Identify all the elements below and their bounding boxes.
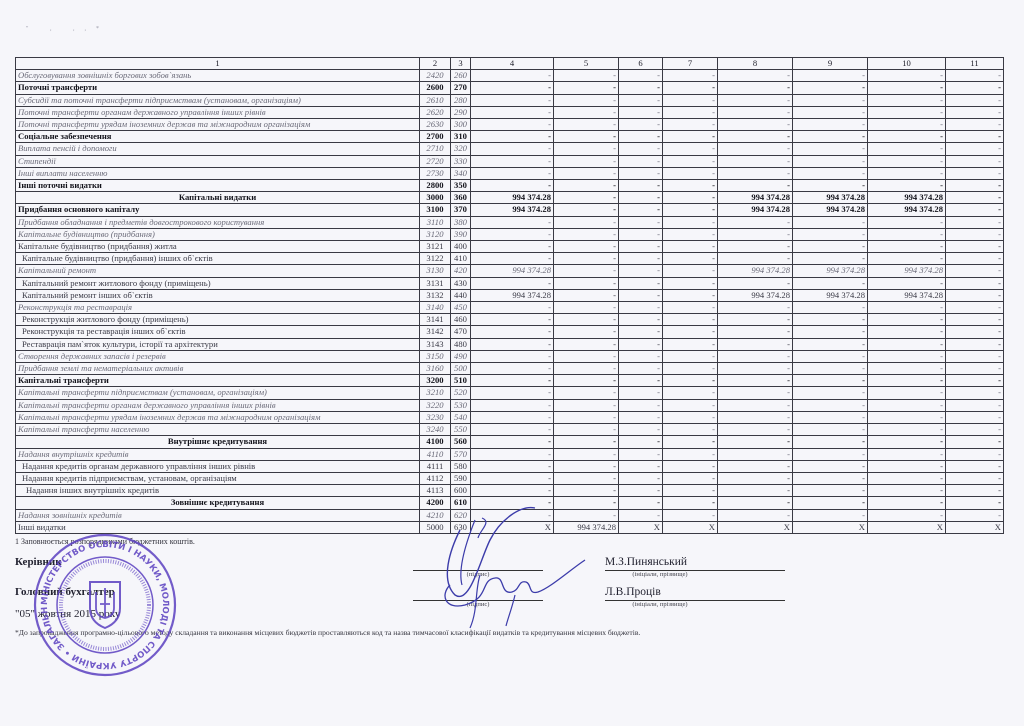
cell-col-9: - — [793, 448, 868, 460]
cell-col-9: - — [793, 485, 868, 497]
row-line-code: 390 — [451, 228, 471, 240]
cell-col-4: - — [471, 82, 554, 94]
row-name: Субсидії та поточні трансферти підприємс… — [16, 94, 420, 106]
row-name: Капітальні трансферти підприємствам (уст… — [16, 387, 420, 399]
cell-col-8: - — [718, 167, 793, 179]
cell-col-8: - — [718, 228, 793, 240]
table-row: Придбання основного капіталу3100370994 3… — [16, 204, 1004, 216]
cell-col-9: - — [793, 375, 868, 387]
cell-col-7: - — [663, 436, 718, 448]
cell-col-6: - — [619, 216, 663, 228]
head-name: М.З.Пинянський — [605, 556, 687, 568]
row-code: 3240 — [420, 424, 451, 436]
cell-col-10: - — [868, 180, 946, 192]
row-code: 3122 — [420, 253, 451, 265]
cell-col-7: - — [663, 253, 718, 265]
official-stamp-icon: МІНІСТЕРСТВО ОСВІТИ І НАУКИ, МОЛОДІ ТА С… — [30, 530, 180, 680]
cell-col-6: - — [619, 228, 663, 240]
cell-col-9: - — [793, 106, 868, 118]
row-code: 2620 — [420, 106, 451, 118]
cell-col-8: 994 374.28 — [718, 265, 793, 277]
cell-col-8: - — [718, 338, 793, 350]
cell-col-9: 994 374.28 — [793, 289, 868, 301]
cell-col-10: - — [868, 143, 946, 155]
cell-col-7: - — [663, 106, 718, 118]
cell-col-5: - — [554, 472, 619, 484]
cell-col-4: - — [471, 241, 554, 253]
cell-col-5: - — [554, 192, 619, 204]
cell-col-4: - — [471, 485, 554, 497]
cell-col-9: - — [793, 411, 868, 423]
cell-col-11: - — [946, 143, 1004, 155]
row-line-code: 580 — [451, 460, 471, 472]
table-row: Реконструкція та реставрація3140450-----… — [16, 302, 1004, 314]
cell-col-11: - — [946, 94, 1004, 106]
cell-col-6: - — [619, 485, 663, 497]
cell-col-9: - — [793, 119, 868, 131]
row-line-code: 300 — [451, 119, 471, 131]
cell-col-6: - — [619, 448, 663, 460]
cell-col-6: - — [619, 424, 663, 436]
cell-col-8: - — [718, 241, 793, 253]
column-header-7: 7 — [663, 58, 718, 70]
row-code: 2600 — [420, 82, 451, 94]
cell-col-8: - — [718, 448, 793, 460]
cell-col-7: - — [663, 216, 718, 228]
row-code: 3150 — [420, 350, 451, 362]
cell-col-10: - — [868, 277, 946, 289]
cell-col-10: 994 374.28 — [868, 289, 946, 301]
cell-col-6: - — [619, 302, 663, 314]
row-code: 4200 — [420, 497, 451, 509]
cell-col-10: - — [868, 228, 946, 240]
row-line-code: 470 — [451, 326, 471, 338]
column-header-2: 2 — [420, 58, 451, 70]
row-line-code: 480 — [451, 338, 471, 350]
row-line-code: 350 — [451, 180, 471, 192]
cell-col-8: X — [718, 521, 793, 533]
cell-col-7: - — [663, 363, 718, 375]
cell-col-11: - — [946, 350, 1004, 362]
cell-col-6: X — [619, 521, 663, 533]
cell-col-9: - — [793, 216, 868, 228]
cell-col-10: X — [868, 521, 946, 533]
cell-col-10: - — [868, 167, 946, 179]
cell-col-5: - — [554, 70, 619, 82]
cell-col-10: - — [868, 131, 946, 143]
table-row: Реконструкція та реставрація інших об`єк… — [16, 326, 1004, 338]
row-name: Поточні трансферти органам державного уп… — [16, 106, 420, 118]
cell-col-10: - — [868, 472, 946, 484]
table-row: Капітальне будівництво (придбання) інших… — [16, 253, 1004, 265]
cell-col-4: - — [471, 472, 554, 484]
cell-col-10: - — [868, 302, 946, 314]
cell-col-8: - — [718, 509, 793, 521]
cell-col-9: - — [793, 326, 868, 338]
table-row: Внутрішнє кредитування4100560-------- — [16, 436, 1004, 448]
cell-col-5: - — [554, 143, 619, 155]
cell-col-6: - — [619, 119, 663, 131]
table-row: Капітальний ремонт житлового фонду (прим… — [16, 277, 1004, 289]
cell-col-4: 994 374.28 — [471, 265, 554, 277]
cell-col-5: - — [554, 131, 619, 143]
table-row: Надання кредитів органам державного упра… — [16, 460, 1004, 472]
table-row: Субсидії та поточні трансферти підприємс… — [16, 94, 1004, 106]
row-line-code: 460 — [451, 314, 471, 326]
cell-col-6: - — [619, 399, 663, 411]
row-code: 2720 — [420, 155, 451, 167]
cell-col-11: - — [946, 448, 1004, 460]
table-row: Придбання обладнання і предметів довгост… — [16, 216, 1004, 228]
cell-col-7: - — [663, 497, 718, 509]
cell-col-11: - — [946, 131, 1004, 143]
cell-col-10: - — [868, 70, 946, 82]
cell-col-4: - — [471, 70, 554, 82]
cell-col-6: - — [619, 363, 663, 375]
cell-col-9: - — [793, 82, 868, 94]
cell-col-9: - — [793, 70, 868, 82]
cell-col-7: - — [663, 485, 718, 497]
column-header-11: 11 — [946, 58, 1004, 70]
row-code: 3131 — [420, 277, 451, 289]
cell-col-7: - — [663, 326, 718, 338]
cell-col-6: - — [619, 472, 663, 484]
cell-col-7: - — [663, 399, 718, 411]
cell-col-6: - — [619, 204, 663, 216]
cell-col-5: - — [554, 485, 619, 497]
row-code: 3143 — [420, 338, 451, 350]
row-code: 2800 — [420, 180, 451, 192]
row-line-code: 630 — [451, 521, 471, 533]
cell-col-5: - — [554, 326, 619, 338]
cell-col-7: - — [663, 509, 718, 521]
table-row: Капітальні видатки3000360994 374.28---99… — [16, 192, 1004, 204]
row-code: 3132 — [420, 289, 451, 301]
cell-col-10: - — [868, 363, 946, 375]
cell-col-9: - — [793, 131, 868, 143]
table-row: Поточні трансферти урядам іноземних держ… — [16, 119, 1004, 131]
row-code: 2610 — [420, 94, 451, 106]
row-code: 3220 — [420, 399, 451, 411]
table-row: Обслуговування зовнішніх боргових зобов`… — [16, 70, 1004, 82]
cell-col-7: - — [663, 167, 718, 179]
row-line-code: 270 — [451, 82, 471, 94]
cell-col-6: - — [619, 460, 663, 472]
cell-col-11: - — [946, 253, 1004, 265]
cell-col-8: - — [718, 350, 793, 362]
cell-col-8: 994 374.28 — [718, 192, 793, 204]
cell-col-10: - — [868, 326, 946, 338]
cell-col-7: - — [663, 155, 718, 167]
table-row: Капітальний ремонт3130420994 374.28---99… — [16, 265, 1004, 277]
row-name: Надання інших внутрішніх кредитів — [16, 485, 420, 497]
table-row: Капітальне будівництво (придбання)312039… — [16, 228, 1004, 240]
cell-col-8: - — [718, 119, 793, 131]
cell-col-8: - — [718, 326, 793, 338]
cell-col-11: - — [946, 192, 1004, 204]
row-code: 3210 — [420, 387, 451, 399]
cell-col-11: - — [946, 326, 1004, 338]
cell-col-11: - — [946, 155, 1004, 167]
cell-col-4: - — [471, 119, 554, 131]
cell-col-8: - — [718, 94, 793, 106]
cell-col-8: - — [718, 106, 793, 118]
cell-col-4: - — [471, 448, 554, 460]
cell-col-10: - — [868, 82, 946, 94]
row-name: Поточні трансферти урядам іноземних держ… — [16, 119, 420, 131]
row-name: Капітальний ремонт інших об`єктів — [16, 289, 420, 301]
row-code: 4111 — [420, 460, 451, 472]
cell-col-11: X — [946, 521, 1004, 533]
cell-col-4: - — [471, 302, 554, 314]
cell-col-11: - — [946, 399, 1004, 411]
cell-col-11: - — [946, 509, 1004, 521]
cell-col-9: - — [793, 497, 868, 509]
cell-col-6: - — [619, 411, 663, 423]
cell-col-11: - — [946, 228, 1004, 240]
cell-col-6: - — [619, 338, 663, 350]
cell-col-4: - — [471, 509, 554, 521]
table-row: Придбання землі та нематеріальних активі… — [16, 363, 1004, 375]
row-name: Виплата пенсій і допомоги — [16, 143, 420, 155]
cell-col-6: - — [619, 350, 663, 362]
cell-col-8: - — [718, 302, 793, 314]
cell-col-5: - — [554, 155, 619, 167]
row-line-code: 610 — [451, 497, 471, 509]
cell-col-7: - — [663, 228, 718, 240]
cell-col-10: - — [868, 94, 946, 106]
cell-col-5: - — [554, 82, 619, 94]
cell-col-5: - — [554, 387, 619, 399]
cell-col-5: - — [554, 119, 619, 131]
row-line-code: 500 — [451, 363, 471, 375]
row-line-code: 530 — [451, 399, 471, 411]
cell-col-7: X — [663, 521, 718, 533]
cell-col-10: - — [868, 436, 946, 448]
row-line-code: 520 — [451, 387, 471, 399]
cell-col-5: - — [554, 509, 619, 521]
cell-col-6: - — [619, 289, 663, 301]
cell-col-11: - — [946, 363, 1004, 375]
cell-col-4: - — [471, 94, 554, 106]
cell-col-7: - — [663, 119, 718, 131]
cell-col-5: - — [554, 314, 619, 326]
cell-col-10: - — [868, 497, 946, 509]
cell-col-6: - — [619, 155, 663, 167]
table-row: Зовнішнє кредитування4200610-------- — [16, 497, 1004, 509]
cell-col-9: - — [793, 314, 868, 326]
row-name: Інші поточні видатки — [16, 180, 420, 192]
cell-col-8: 994 374.28 — [718, 204, 793, 216]
row-name: Стипендії — [16, 155, 420, 167]
cell-col-7: - — [663, 82, 718, 94]
cell-col-11: - — [946, 204, 1004, 216]
cell-col-11: - — [946, 338, 1004, 350]
cell-col-6: - — [619, 192, 663, 204]
cell-col-10: - — [868, 338, 946, 350]
cell-col-6: - — [619, 241, 663, 253]
cell-col-7: - — [663, 424, 718, 436]
column-header-4: 4 — [471, 58, 554, 70]
row-code: 4100 — [420, 436, 451, 448]
cell-col-11: - — [946, 485, 1004, 497]
cell-col-11: - — [946, 180, 1004, 192]
cell-col-6: - — [619, 265, 663, 277]
cell-col-9: - — [793, 180, 868, 192]
row-code: 3142 — [420, 326, 451, 338]
cell-col-6: - — [619, 436, 663, 448]
cell-col-8: - — [718, 399, 793, 411]
cell-col-9: - — [793, 363, 868, 375]
row-line-code: 330 — [451, 155, 471, 167]
scan-marks: " , ,,* — [26, 26, 109, 32]
accountant-name-caption: (ініціали, прізвище) — [605, 601, 715, 608]
cell-col-6: - — [619, 497, 663, 509]
row-code: 3121 — [420, 241, 451, 253]
row-line-code: 290 — [451, 106, 471, 118]
cell-col-4: - — [471, 326, 554, 338]
cell-col-5: - — [554, 94, 619, 106]
cell-col-4: - — [471, 228, 554, 240]
row-name: Придбання обладнання і предметів довгост… — [16, 216, 420, 228]
row-name: Обслуговування зовнішніх боргових зобов`… — [16, 70, 420, 82]
cell-col-10: - — [868, 106, 946, 118]
cell-col-5: - — [554, 363, 619, 375]
cell-col-10: - — [868, 448, 946, 460]
cell-col-7: - — [663, 411, 718, 423]
cell-col-7: - — [663, 375, 718, 387]
column-header-10: 10 — [868, 58, 946, 70]
table-row: Соціальне забезпечення2700310-------- — [16, 131, 1004, 143]
cell-col-8: - — [718, 424, 793, 436]
row-name: Капітальний ремонт — [16, 265, 420, 277]
row-code: 2630 — [420, 119, 451, 131]
cell-col-9: - — [793, 155, 868, 167]
cell-col-10: - — [868, 460, 946, 472]
cell-col-9: - — [793, 424, 868, 436]
row-name: Капітальне будівництво (придбання) житла — [16, 241, 420, 253]
cell-col-7: - — [663, 265, 718, 277]
cell-col-11: - — [946, 314, 1004, 326]
cell-col-9: - — [793, 167, 868, 179]
row-line-code: 570 — [451, 448, 471, 460]
row-code: 3100 — [420, 204, 451, 216]
table-row: Надання кредитів підприємствам, установа… — [16, 472, 1004, 484]
row-line-code: 410 — [451, 253, 471, 265]
cell-col-11: - — [946, 424, 1004, 436]
cell-col-6: - — [619, 253, 663, 265]
row-name: Капітальні трансферти органам державного… — [16, 399, 420, 411]
row-line-code: 370 — [451, 204, 471, 216]
column-header-1: 1 — [16, 58, 420, 70]
cell-col-5: - — [554, 106, 619, 118]
row-name: Надання кредитів підприємствам, установа… — [16, 472, 420, 484]
cell-col-8: - — [718, 314, 793, 326]
row-code: 5000 — [420, 521, 451, 533]
cell-col-8: - — [718, 253, 793, 265]
cell-col-10: 994 374.28 — [868, 204, 946, 216]
cell-col-11: - — [946, 289, 1004, 301]
budget-table: 1234567891011 Обслуговування зовнішніх б… — [15, 57, 1004, 534]
cell-col-8: - — [718, 497, 793, 509]
cell-col-4: - — [471, 399, 554, 411]
cell-col-6: - — [619, 167, 663, 179]
cell-col-8: - — [718, 363, 793, 375]
row-name: Капітальні трансферти населенню — [16, 424, 420, 436]
table-row: Інші виплати населенню2730340-------- — [16, 167, 1004, 179]
cell-col-9: X — [793, 521, 868, 533]
cell-col-7: - — [663, 387, 718, 399]
row-code: 4210 — [420, 509, 451, 521]
row-line-code: 540 — [451, 411, 471, 423]
cell-col-9: - — [793, 436, 868, 448]
cell-col-7: - — [663, 448, 718, 460]
cell-col-7: - — [663, 277, 718, 289]
cell-col-9: - — [793, 460, 868, 472]
cell-col-4: - — [471, 375, 554, 387]
row-code: 3200 — [420, 375, 451, 387]
cell-col-8: - — [718, 155, 793, 167]
row-name: Надання кредитів органам державного упра… — [16, 460, 420, 472]
cell-col-10: - — [868, 155, 946, 167]
cell-col-5: - — [554, 436, 619, 448]
table-row: Поточні трансферти органам державного уп… — [16, 106, 1004, 118]
cell-col-7: - — [663, 192, 718, 204]
cell-col-5: - — [554, 460, 619, 472]
table-body: Обслуговування зовнішніх боргових зобов`… — [16, 70, 1004, 534]
row-code: 3230 — [420, 411, 451, 423]
cell-col-4: 994 374.28 — [471, 204, 554, 216]
cell-col-4: - — [471, 363, 554, 375]
cell-col-9: - — [793, 472, 868, 484]
cell-col-5: - — [554, 289, 619, 301]
cell-col-4: - — [471, 167, 554, 179]
cell-col-8: - — [718, 131, 793, 143]
cell-col-7: - — [663, 472, 718, 484]
cell-col-11: - — [946, 82, 1004, 94]
row-line-code: 280 — [451, 94, 471, 106]
row-name: Капітальні видатки — [16, 192, 420, 204]
table-row: Надання зовнішніх кредитів4210620-------… — [16, 509, 1004, 521]
cell-col-5: - — [554, 350, 619, 362]
cell-col-5: - — [554, 411, 619, 423]
cell-col-8: - — [718, 277, 793, 289]
cell-col-5: - — [554, 375, 619, 387]
cell-col-6: - — [619, 277, 663, 289]
cell-col-10: - — [868, 387, 946, 399]
column-header-8: 8 — [718, 58, 793, 70]
column-header-9: 9 — [793, 58, 868, 70]
row-code: 4113 — [420, 485, 451, 497]
cell-col-5: - — [554, 277, 619, 289]
cell-col-7: - — [663, 241, 718, 253]
row-name: Капітальні трансферти урядам іноземних д… — [16, 411, 420, 423]
row-line-code: 440 — [451, 289, 471, 301]
cell-col-5: - — [554, 338, 619, 350]
cell-col-11: - — [946, 277, 1004, 289]
cell-col-11: - — [946, 106, 1004, 118]
cell-col-9: - — [793, 143, 868, 155]
column-header-5: 5 — [554, 58, 619, 70]
table-row: Надання внутрішніх кредитів4110570------… — [16, 448, 1004, 460]
cell-col-10: 994 374.28 — [868, 265, 946, 277]
cell-col-7: - — [663, 338, 718, 350]
cell-col-7: - — [663, 350, 718, 362]
cell-col-4: 994 374.28 — [471, 192, 554, 204]
row-name: Внутрішнє кредитування — [16, 436, 420, 448]
row-code: 2730 — [420, 167, 451, 179]
cell-col-9: - — [793, 399, 868, 411]
